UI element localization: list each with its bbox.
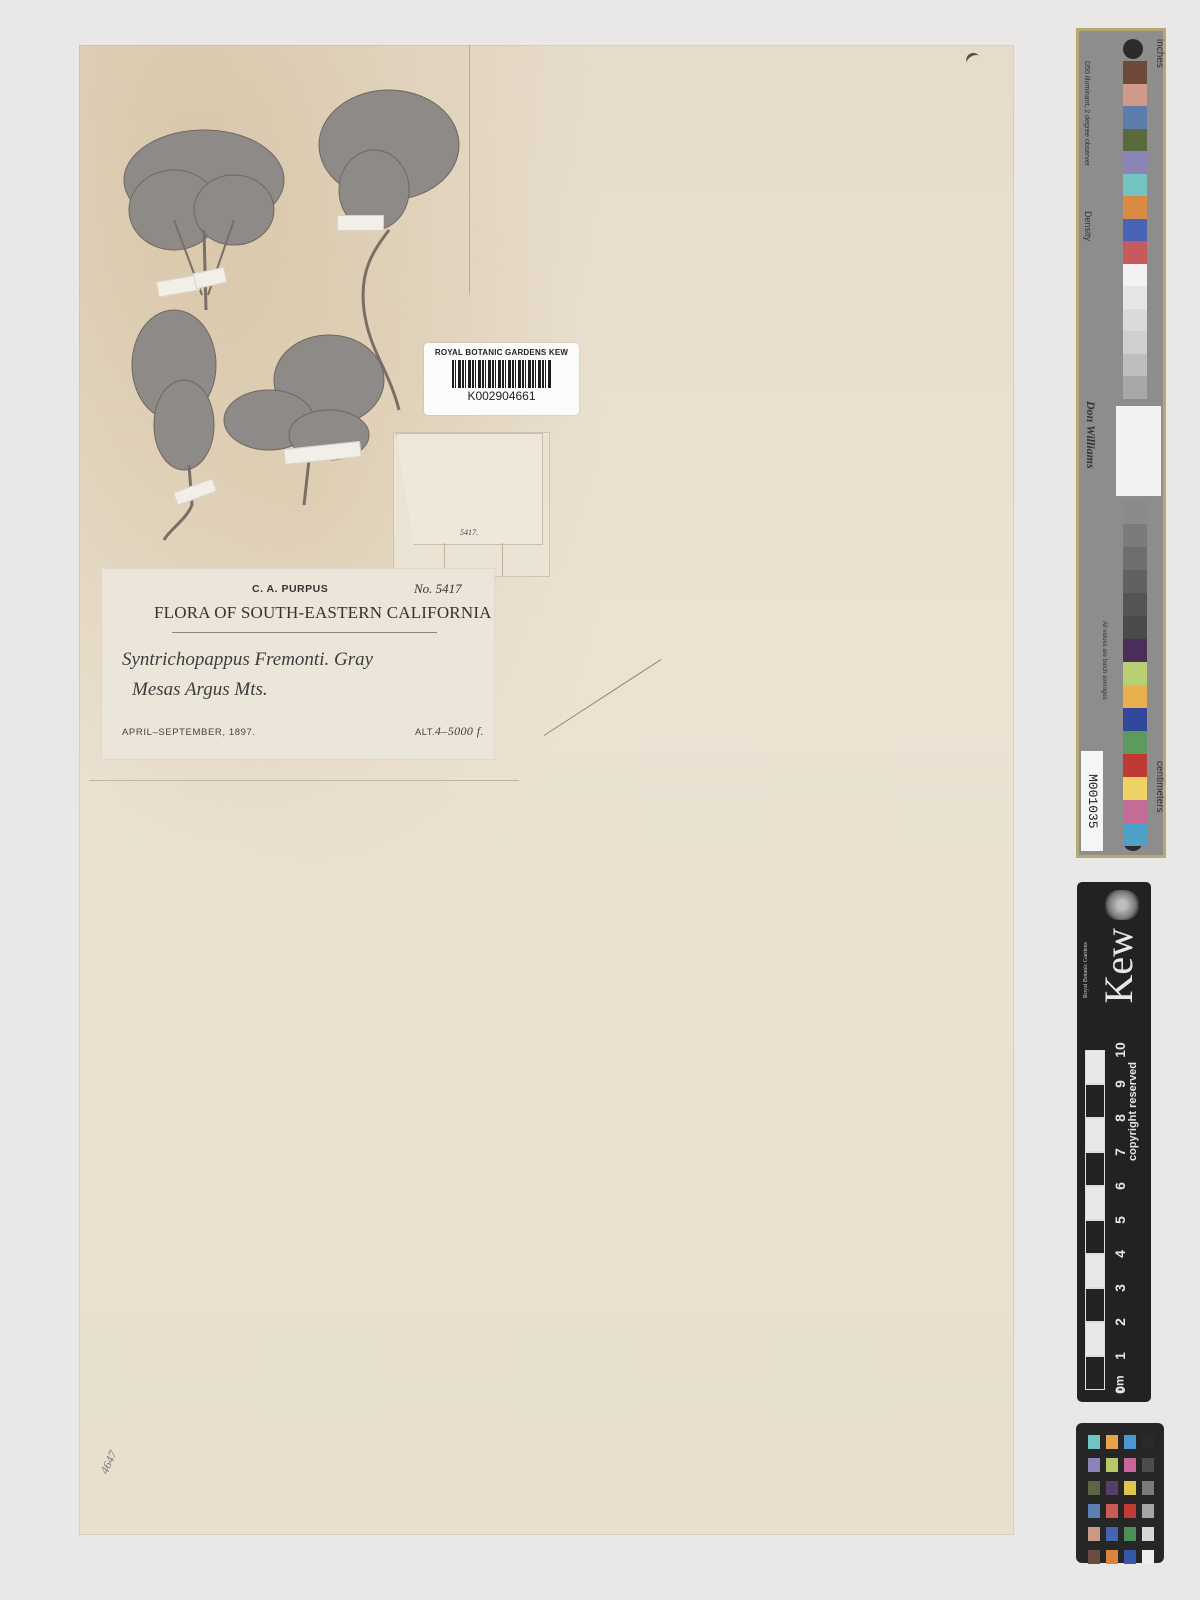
color-checker-grid <box>1088 1435 1154 1564</box>
color-patch <box>1142 1527 1154 1541</box>
label-rule <box>172 632 437 633</box>
scale-tick-label: 10 <box>1112 1039 1128 1061</box>
ruler-hole <box>1123 39 1143 59</box>
diagonal-pencil-line <box>544 659 662 736</box>
color-swatch <box>1123 501 1147 524</box>
illuminant-note: D50 illuminant, 2 degree observer <box>1083 61 1090 166</box>
scale-segment <box>1085 1220 1105 1254</box>
color-swatch <box>1123 354 1147 377</box>
kew-crest-icon <box>1105 890 1139 920</box>
scale-segment <box>1085 1288 1105 1322</box>
color-checker-card <box>1076 1423 1164 1563</box>
corner-pencil-mark <box>964 50 983 68</box>
scale-segment <box>1085 1152 1105 1186</box>
scale-segment <box>1085 1084 1105 1118</box>
altitude-value: 4–5000 f. <box>435 724 484 738</box>
scale-segment <box>1085 1118 1105 1152</box>
color-swatch <box>1123 219 1147 242</box>
collection-label: C. A. PURPUS No. 5417 FLORA OF SOUTH-EAS… <box>101 568 495 760</box>
color-swatch <box>1123 639 1147 662</box>
cm-scale <box>1085 1050 1105 1390</box>
color-patch <box>1106 1550 1118 1564</box>
color-swatch <box>1123 309 1147 332</box>
color-patch <box>1106 1435 1118 1449</box>
color-patch <box>1142 1458 1154 1472</box>
ruler-wordmark: Don Williams <box>1083 401 1098 469</box>
color-swatch <box>1123 331 1147 354</box>
institution-name: ROYAL BOTANIC GARDENS KEW <box>424 348 579 357</box>
collection-date: APRIL–SEPTEMBER, 1897. <box>122 727 256 738</box>
kew-scale-bar: Kew Royal Botanic Gardens copyright rese… <box>1077 882 1151 1402</box>
pencil-note: 4647 <box>97 1448 121 1476</box>
scale-segment <box>1085 1254 1105 1288</box>
seed-packet[interactable]: 5417. <box>393 432 550 577</box>
color-patch <box>1106 1458 1118 1472</box>
color-swatch <box>1123 800 1147 823</box>
scale-tick-label: 8 <box>1112 1107 1128 1129</box>
sheet-fold-line <box>469 45 470 295</box>
color-patch <box>1088 1435 1100 1449</box>
centimeters-label: centimeters <box>1154 761 1165 813</box>
color-patch <box>1142 1504 1154 1518</box>
color-swatch <box>1123 524 1147 547</box>
label-edge-line <box>89 780 519 781</box>
color-swatch <box>1123 708 1147 731</box>
color-swatch <box>1123 106 1147 129</box>
color-patch <box>1106 1504 1118 1518</box>
color-swatch <box>1123 823 1147 846</box>
color-patch <box>1124 1550 1136 1564</box>
plant-specimen-bottom-right <box>219 320 389 520</box>
copyright-text: copyright reserved <box>1127 1062 1139 1161</box>
color-swatch <box>1123 61 1147 84</box>
color-patch <box>1124 1458 1136 1472</box>
color-swatch <box>1123 777 1147 800</box>
color-patch <box>1106 1527 1118 1541</box>
color-patch <box>1088 1550 1100 1564</box>
scale-segment <box>1085 1186 1105 1220</box>
color-patch <box>1142 1550 1154 1564</box>
color-swatch <box>1123 754 1147 777</box>
ruler-target-patch <box>1116 406 1161 496</box>
scale-segment <box>1085 1322 1105 1356</box>
packet-seam <box>502 543 503 576</box>
color-patch <box>1142 1481 1154 1495</box>
color-patch <box>1088 1481 1100 1495</box>
color-swatch <box>1123 84 1147 107</box>
flora-title: FLORA OF SOUTH-EASTERN CALIFORNIA <box>154 603 492 623</box>
scale-tick-label: 4 <box>1112 1243 1128 1265</box>
scale-tick-label: 9 <box>1112 1073 1128 1095</box>
color-patch <box>1106 1481 1118 1495</box>
scale-tick-label: 7 <box>1112 1141 1128 1163</box>
color-patch <box>1124 1435 1136 1449</box>
altitude-label: ALT. <box>415 727 435 738</box>
color-patch <box>1124 1481 1136 1495</box>
handwritten-locality: Mesas Argus Mts. <box>132 679 268 701</box>
collection-number: No. 5417 <box>414 581 462 597</box>
color-patch <box>1124 1504 1136 1518</box>
color-swatch <box>1123 129 1147 152</box>
color-swatch <box>1123 241 1147 264</box>
color-swatch <box>1123 196 1147 219</box>
color-patch <box>1142 1435 1154 1449</box>
kew-logo-subtitle: Royal Botanic Gardens <box>1083 942 1089 998</box>
barcode-number: K002904661 <box>424 389 579 403</box>
color-swatch <box>1123 662 1147 685</box>
kew-logo: Kew <box>1095 928 1142 1004</box>
color-swatch <box>1123 685 1147 708</box>
herbarium-sheet: 4647 <box>79 45 1014 1535</box>
scale-tick-label: 6 <box>1112 1175 1128 1197</box>
color-swatch <box>1123 264 1147 287</box>
color-patch <box>1088 1527 1100 1541</box>
color-swatch <box>1123 593 1147 616</box>
ruler-footnote: All values are batch averages <box>1101 621 1107 700</box>
ruler-id: M001035 <box>1081 751 1103 851</box>
color-patch <box>1088 1458 1100 1472</box>
collector-name: C. A. PURPUS <box>252 583 328 595</box>
barcode-bars <box>452 360 552 388</box>
color-patch <box>1124 1527 1136 1541</box>
color-swatch <box>1123 547 1147 570</box>
inches-label: inches <box>1154 39 1165 68</box>
scale-tick-label: 0 <box>1112 1379 1128 1401</box>
mounting-strap <box>337 215 384 231</box>
density-label: Density <box>1083 211 1093 241</box>
handwritten-species-name: Syntrichopappus Fremonti. Gray <box>122 649 373 671</box>
color-swatch <box>1123 151 1147 174</box>
color-swatch <box>1123 570 1147 593</box>
scale-tick-label: 5 <box>1112 1209 1128 1231</box>
scale-segment <box>1085 1050 1105 1084</box>
color-swatch <box>1123 286 1147 309</box>
packet-number: 5417. <box>460 528 478 537</box>
color-swatch <box>1123 174 1147 197</box>
altitude: ALT.4–5000 f. <box>415 724 484 739</box>
scale-tick-label: 1 <box>1112 1345 1128 1367</box>
color-patch <box>1088 1504 1100 1518</box>
barcode-label: ROYAL BOTANIC GARDENS KEW K002904661 <box>424 343 579 415</box>
color-swatch <box>1123 616 1147 639</box>
color-swatch <box>1123 376 1147 399</box>
scale-tick-label: 3 <box>1112 1277 1128 1299</box>
color-swatch <box>1123 731 1147 754</box>
color-calibration-ruler: inches D50 illuminant, 2 degree observer… <box>1076 28 1166 858</box>
plant-specimen-bottom-left <box>124 305 234 545</box>
scale-segment <box>1085 1356 1105 1390</box>
scale-tick-label: 2 <box>1112 1311 1128 1333</box>
